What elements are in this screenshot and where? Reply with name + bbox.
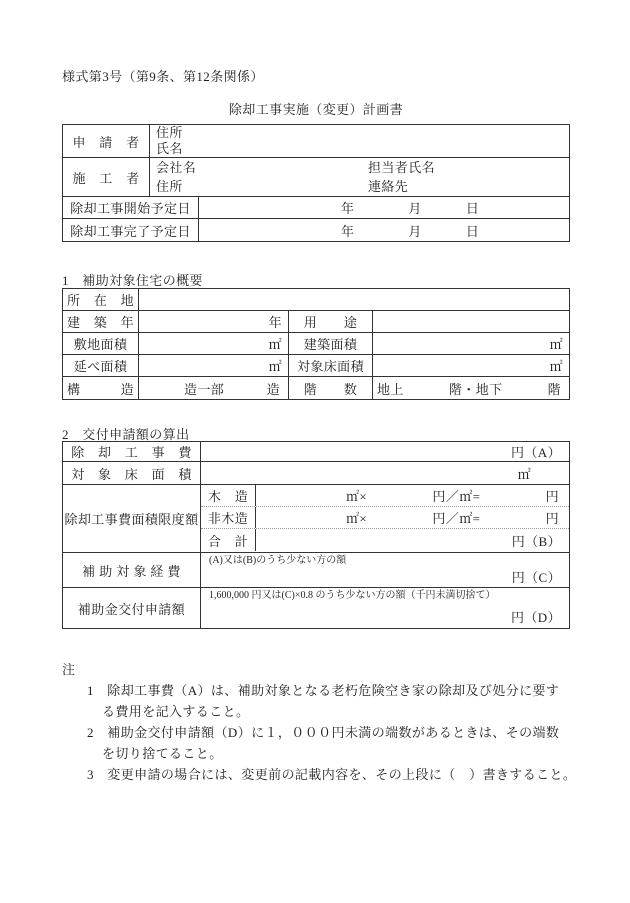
structure-part-label: 造一部 — [184, 379, 224, 398]
nonwood-m2-label: ㎡× — [346, 508, 367, 527]
target-floor-area-label: 対象床面積 — [289, 355, 373, 376]
grant-request-note: 1,600,000 円又は(C)×0.8 のうち少ない方の額（千円未満切捨て） — [209, 590, 561, 602]
contractor-label: 施 工 者 — [63, 158, 150, 196]
wood-calc: ㎡× 円／㎡= 円 — [256, 485, 569, 506]
use-label: 用 途 — [289, 311, 373, 332]
month-label: 月 — [408, 221, 421, 240]
subtotal-row: 合 計 円（B） — [201, 529, 569, 551]
contractor-line1: 会社名 担当者氏名 — [156, 158, 563, 177]
note-item-1: 1 除却工事費（A）は、補助対象となる老朽危険空き家の除却及び処分に要す る費用… — [62, 680, 578, 722]
demolition-cost-row: 除 却 工 事 費 円（A） — [63, 442, 569, 462]
start-date-value: 年 月 日 — [199, 197, 569, 218]
finish-date-row: 除却工事完了予定日 年 月 日 — [63, 219, 569, 241]
site-area-row: 敷地面積 ㎡ 建築面積 ㎡ — [63, 333, 569, 355]
day-label: 日 — [466, 221, 479, 240]
applicant-table: 申 請 者 住所 氏名 施 工 者 会社名 担当者氏名 住所 連絡先 除却工事開… — [62, 124, 570, 242]
grant-request-label: 補助金交付申請額 — [63, 588, 201, 628]
note-item-3: 3 変更申請の場合には、変更前の記載内容を、その上段に（ ）書きすること。 — [62, 764, 578, 785]
contractor-company-label: 会社名 — [156, 158, 368, 177]
nonwood-row: 非木造 ㎡× 円／㎡= 円 — [201, 507, 569, 529]
location-value — [139, 289, 569, 310]
built-year-label: 建 築 年 — [63, 311, 139, 332]
nonwood-yen-label: 円 — [546, 508, 559, 527]
structure-label: 構 造 — [63, 377, 139, 399]
subtotal-unit: 円（B） — [256, 529, 569, 551]
contractor-manager-label: 担当者氏名 — [368, 158, 435, 177]
floors-mid-label: 階・地下 — [449, 379, 503, 398]
total-floor-area-row: 延べ面積 ㎡ 対象床面積 ㎡ — [63, 355, 569, 377]
day-label: 日 — [466, 198, 479, 217]
building-area-value: ㎡ — [373, 333, 569, 354]
notes-section: 注 1 除却工事費（A）は、補助対象となる老朽危険空き家の除却及び処分に要す る… — [62, 659, 578, 785]
subsidy-expense-label: 補 助 対 象 経 費 — [63, 553, 201, 587]
contractor-line2: 住所 連絡先 — [156, 177, 563, 196]
section1-heading: 1 補助対象住宅の概要 — [62, 270, 203, 289]
applicant-name-label: 氏名 — [156, 141, 563, 157]
built-year-value: 年 — [139, 311, 289, 332]
target-floor-label: 対 象 床 面 積 — [63, 462, 201, 484]
wood-row: 木 造 ㎡× 円／㎡= 円 — [201, 485, 569, 507]
built-year-row: 建 築 年 年 用 途 — [63, 311, 569, 333]
cost-limit-row: 除却工事費面積限度額 木 造 ㎡× 円／㎡= 円 非木造 ㎡× 円／㎡= 円 — [63, 485, 569, 553]
contractor-address-label: 住所 — [156, 177, 368, 196]
floors-above-label: 地上 — [377, 379, 404, 398]
notes-title: 注 — [62, 659, 578, 680]
applicant-label: 申 請 者 — [63, 125, 150, 157]
cost-limit-subrows: 木 造 ㎡× 円／㎡= 円 非木造 ㎡× 円／㎡= 円 — [201, 485, 569, 552]
subtotal-label: 合 計 — [201, 529, 256, 551]
year-label: 年 — [341, 221, 354, 240]
grant-request-row: 補助金交付申請額 1,600,000 円又は(C)×0.8 のうち少ない方の額（… — [63, 588, 569, 628]
grant-calculation-table: 除 却 工 事 費 円（A） 対 象 床 面 積 ㎡ 除却工事費面積限度額 木 … — [62, 441, 570, 629]
floors-tail-label: 階 — [548, 379, 561, 398]
note-item-2: 2 補助金交付申請額（D）に１，０００円未満の端数があるときは、その端数 を切り… — [62, 722, 578, 764]
site-area-label: 敷地面積 — [63, 333, 139, 354]
nonwood-label: 非木造 — [201, 507, 256, 528]
demolition-cost-label: 除 却 工 事 費 — [63, 442, 201, 461]
applicant-address-label: 住所 — [156, 125, 563, 141]
wood-yen-label: 円 — [546, 486, 559, 505]
finish-date-value: 年 月 日 — [199, 219, 569, 241]
applicant-fields: 住所 氏名 — [150, 125, 569, 157]
demolition-cost-unit: 円（A） — [201, 442, 569, 461]
nonwood-rate-label: 円／㎡= — [432, 508, 480, 527]
start-date-row: 除却工事開始予定日 年 月 日 — [63, 197, 569, 219]
subsidy-expense-unit: 円（C） — [512, 567, 561, 586]
wood-rate-label: 円／㎡= — [432, 486, 480, 505]
wood-m2-label: ㎡× — [346, 486, 367, 505]
subsidy-expense-row: 補 助 対 象 経 費 (A)又は(B)のうち少ない方の額 円（C） — [63, 553, 569, 588]
contractor-contact-label: 連絡先 — [368, 177, 408, 196]
month-label: 月 — [408, 198, 421, 217]
structure-tail-label: 造 — [267, 379, 280, 398]
wood-label: 木 造 — [201, 485, 256, 506]
target-floor-area-value: ㎡ — [373, 355, 569, 376]
applicant-row: 申 請 者 住所 氏名 — [63, 125, 569, 158]
form-number: 様式第3号（第9条、第12条関係） — [62, 66, 264, 85]
subsidy-expense-note: (A)又は(B)のうち少ない方の額 — [209, 555, 561, 567]
form-title: 除却工事実施（変更）計画書 — [62, 99, 570, 118]
housing-overview-table: 所 在 地 建 築 年 年 用 途 敷地面積 ㎡ 建築面積 ㎡ 延べ面積 ㎡ 対… — [62, 288, 570, 400]
structure-value: 造一部 造 — [139, 377, 289, 399]
form-page: 様式第3号（第9条、第12条関係） 除却工事実施（変更）計画書 申 請 者 住所… — [0, 0, 630, 903]
use-value — [373, 311, 569, 332]
target-floor-row: 対 象 床 面 積 ㎡ — [63, 462, 569, 485]
finish-date-label: 除却工事完了予定日 — [63, 219, 199, 241]
floors-value: 地上 階・地下 階 — [373, 377, 569, 399]
cost-limit-label: 除却工事費面積限度額 — [63, 485, 201, 552]
location-row: 所 在 地 — [63, 289, 569, 311]
subsidy-expense-value: (A)又は(B)のうち少ない方の額 円（C） — [201, 553, 569, 587]
total-floor-area-label: 延べ面積 — [63, 355, 139, 376]
target-floor-unit: ㎡ — [201, 462, 569, 484]
contractor-fields: 会社名 担当者氏名 住所 連絡先 — [150, 158, 569, 196]
start-date-label: 除却工事開始予定日 — [63, 197, 199, 218]
grant-request-value: 1,600,000 円又は(C)×0.8 のうち少ない方の額（千円未満切捨て） … — [201, 588, 569, 628]
nonwood-calc: ㎡× 円／㎡= 円 — [256, 507, 569, 528]
floors-label: 階 数 — [289, 377, 373, 399]
year-label: 年 — [341, 198, 354, 217]
building-area-label: 建築面積 — [289, 333, 373, 354]
grant-request-unit: 円（D） — [511, 607, 561, 626]
site-area-value: ㎡ — [139, 333, 289, 354]
structure-row: 構 造 造一部 造 階 数 地上 階・地下 階 — [63, 377, 569, 399]
contractor-row: 施 工 者 会社名 担当者氏名 住所 連絡先 — [63, 158, 569, 197]
location-label: 所 在 地 — [63, 289, 139, 310]
total-floor-area-value: ㎡ — [139, 355, 289, 376]
